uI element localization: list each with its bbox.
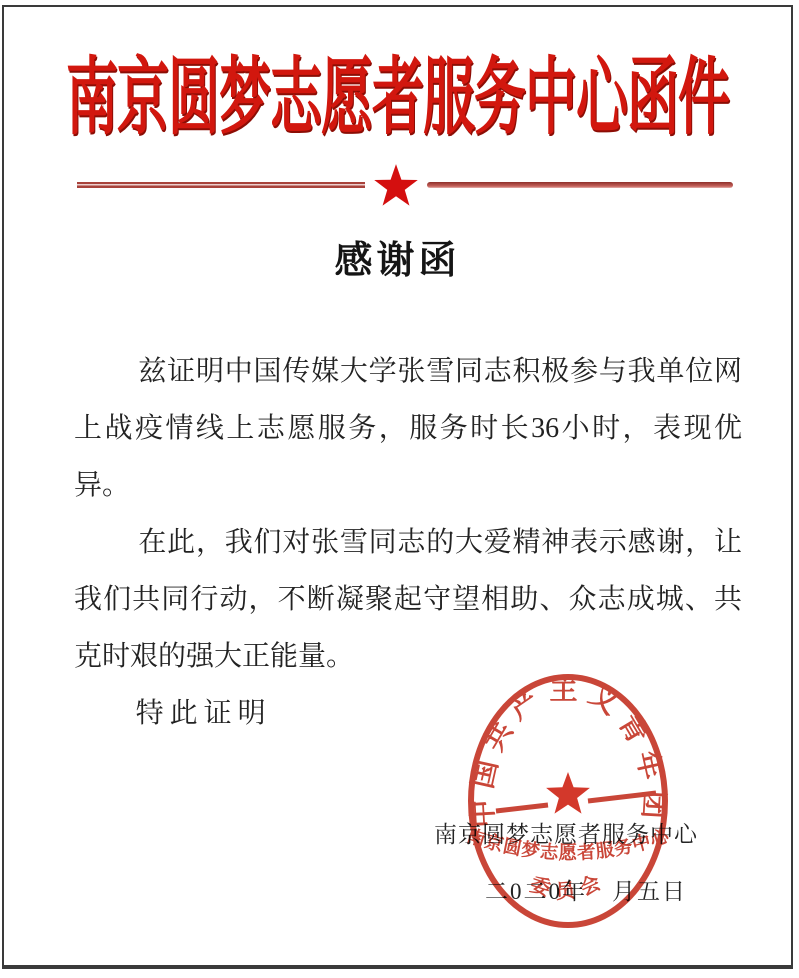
letter-page: 南京圆梦志愿者服务中心函件 感谢函 兹证明中国传媒大学张雪同志积极参与我单位网上… <box>2 5 793 969</box>
paragraph-1: 兹证明中国传媒大学张雪同志积极参与我单位网上战疫情线上志愿服务，服务时长36小时… <box>74 343 742 514</box>
letter-title: 感谢函 <box>4 229 791 284</box>
closing-line: 特此证明 <box>74 685 742 742</box>
signature-name: 南京圆梦志愿者服务中心 <box>434 816 698 849</box>
divider-line-right <box>427 182 733 188</box>
letterhead-title: 南京圆梦志愿者服务中心函件 <box>66 29 729 151</box>
divider <box>77 157 733 213</box>
letterhead: 南京圆梦志愿者服务中心函件 <box>4 29 791 104</box>
letter-body: 兹证明中国传媒大学张雪同志积极参与我单位网上战疫情线上志愿服务，服务时长36小时… <box>74 343 742 742</box>
seal-dash-left <box>496 805 548 811</box>
seal-dash-right <box>588 793 656 801</box>
signature-date: 二0二0年 月五日 <box>485 873 687 906</box>
divider-line-left <box>77 182 365 188</box>
star-icon <box>371 158 421 212</box>
seal-star-icon <box>546 772 590 814</box>
paragraph-2: 在此，我们对张雪同志的大爱精神表示感谢，让我们共同行动，不断凝聚起守望相助、众志… <box>74 514 742 685</box>
